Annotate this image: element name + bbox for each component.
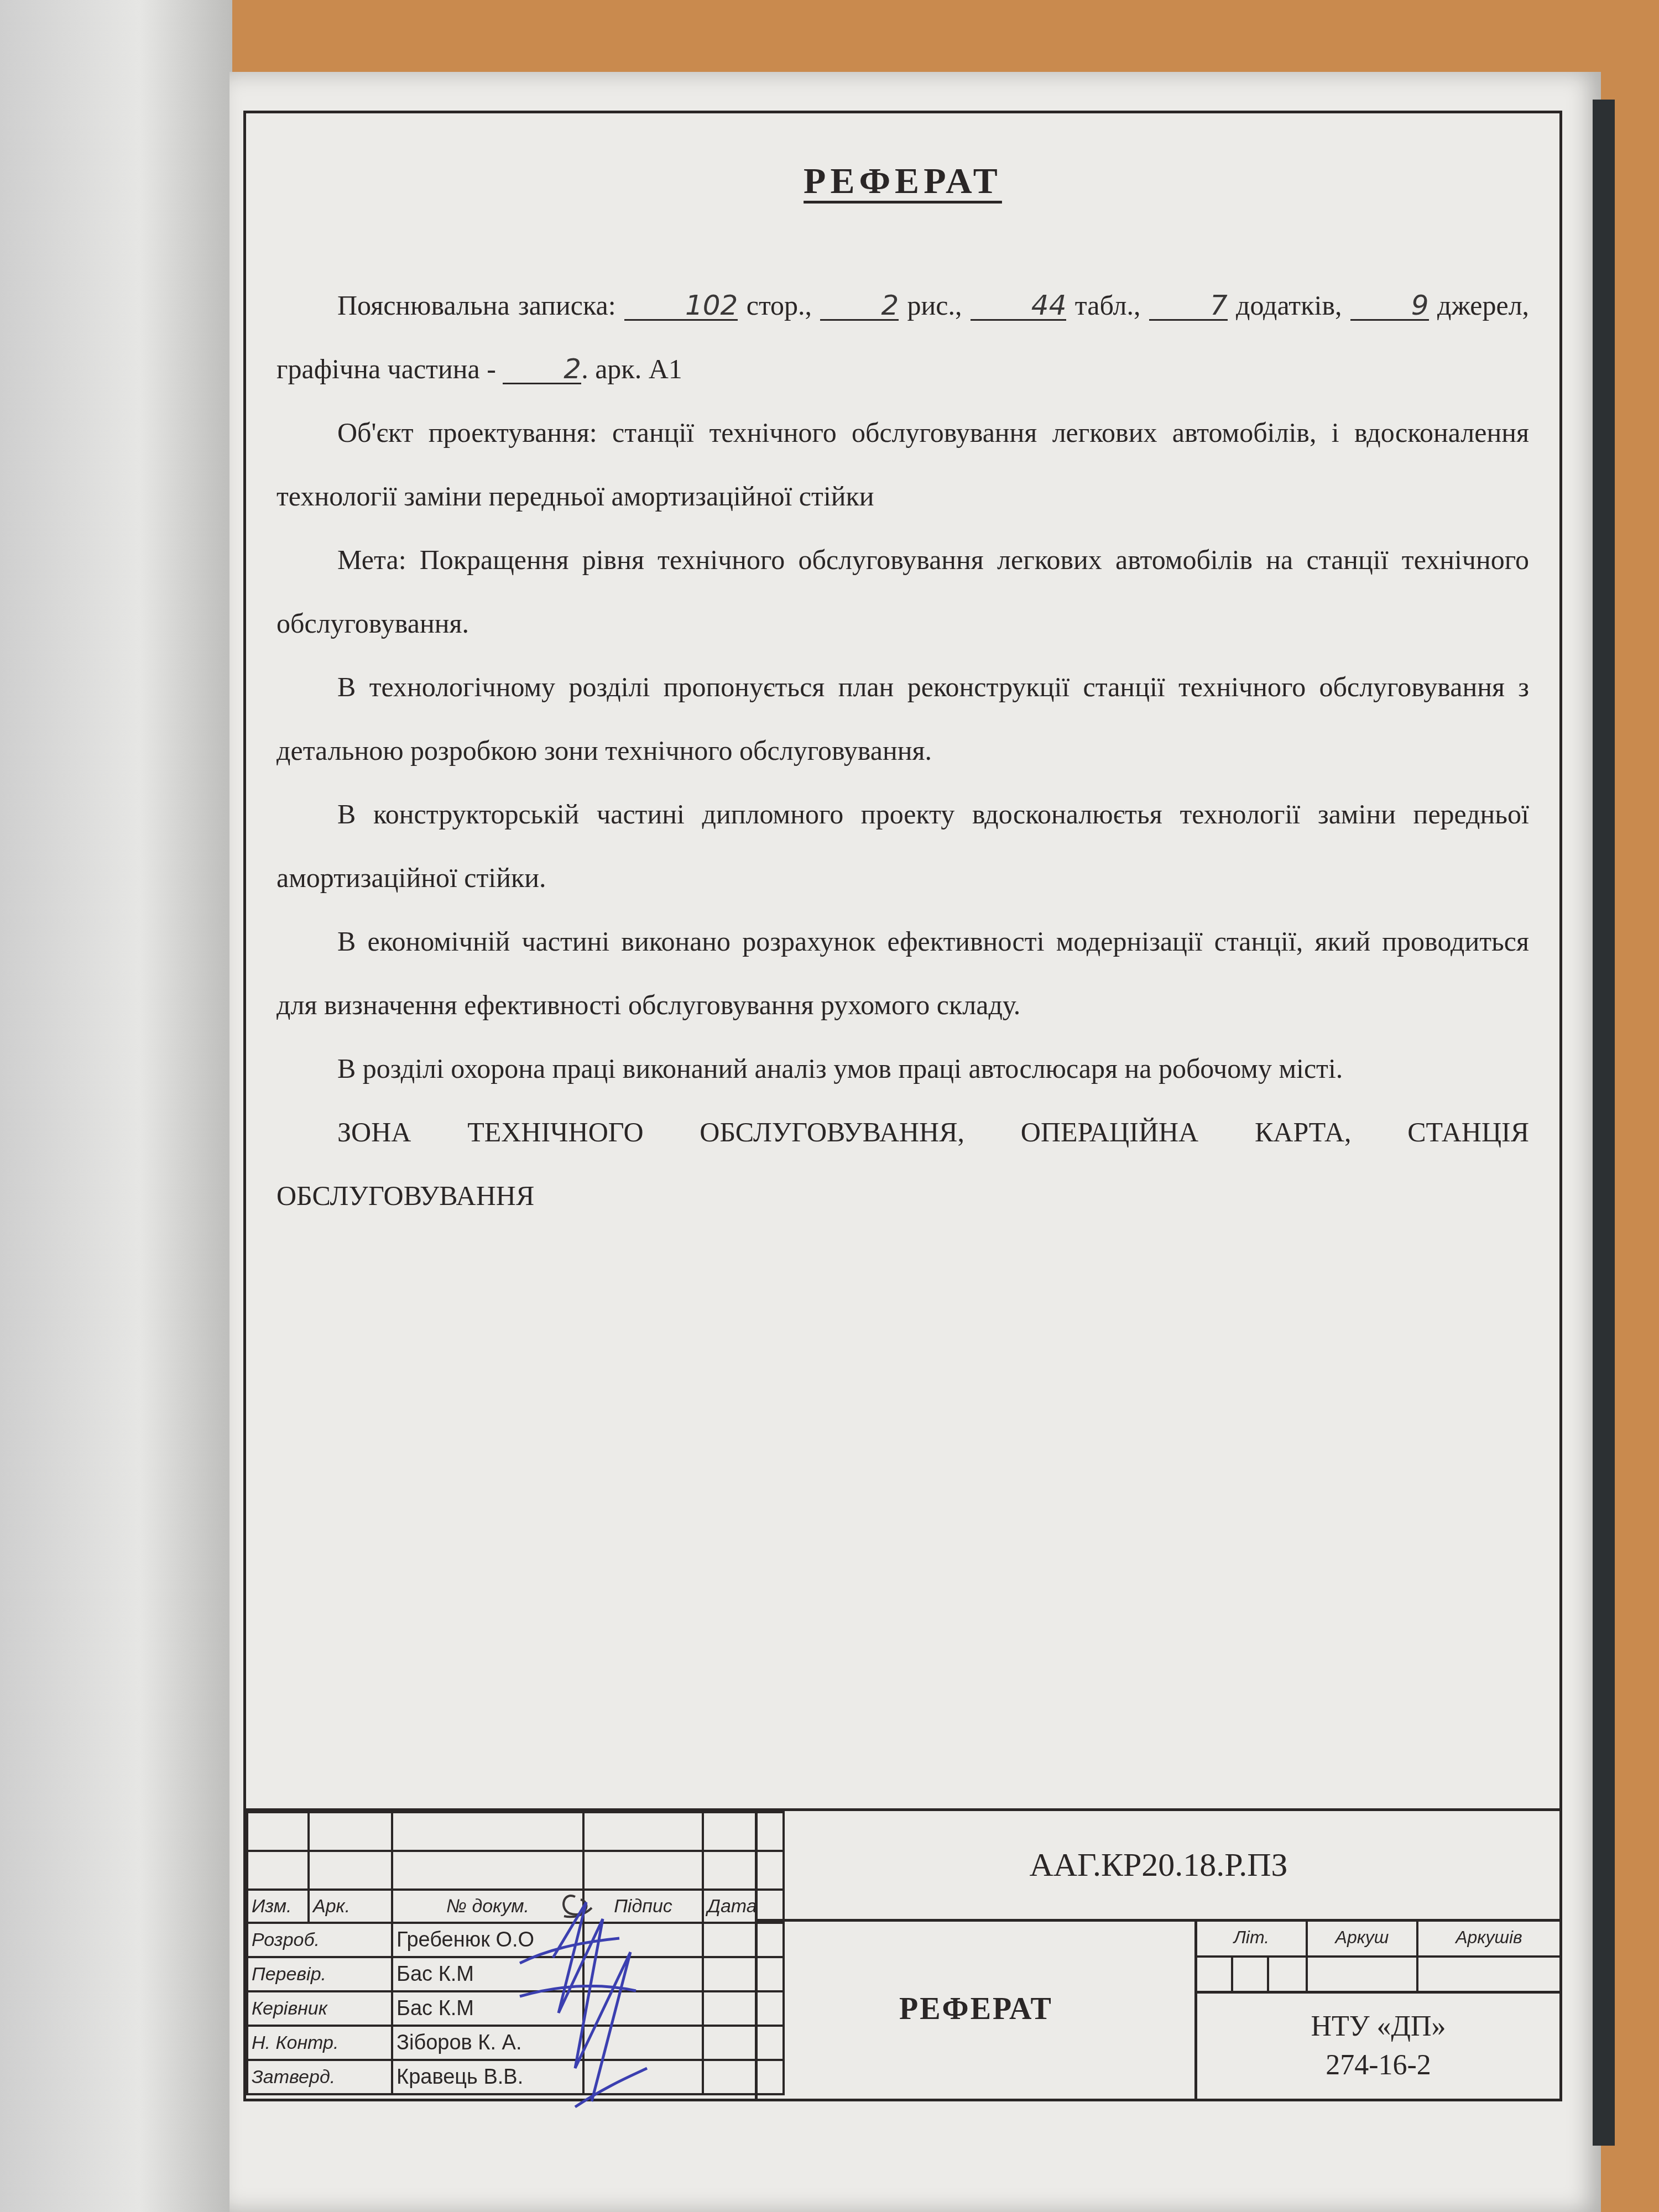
document-name: РЕФЕРАТ	[758, 1919, 1197, 2099]
sheet-value	[1308, 1958, 1418, 1994]
sheets-label: . арк. А1	[581, 353, 682, 384]
sheet-label: Аркуш	[1308, 1919, 1418, 1958]
paragraph-economic: В економічній частині виконано розрахуно…	[276, 910, 1529, 1037]
abstract-body: Пояснювальна записка: 102 стор., 2 рис.,…	[276, 274, 1529, 1228]
lit-cell-3	[1269, 1958, 1308, 1994]
lit-cell-2	[1233, 1958, 1269, 1994]
title-block: Изм. Арк. № докум. Підпис Дата Розроб.Гр…	[246, 1808, 1559, 2099]
organization-name: НТУ «ДП»	[1311, 2007, 1446, 2046]
role-developer: Розроб.	[247, 1923, 392, 1957]
paragraph-safety: В розділі охорона праці виконаний аналіз…	[276, 1037, 1529, 1100]
role-checker: Перевір.	[247, 1957, 392, 1991]
role-approver: Затверд.	[247, 2060, 392, 2094]
role-norm-control: Н. Контр.	[247, 2026, 392, 2060]
paragraph-object: Об'єкт проектування: станції технічного …	[276, 401, 1529, 528]
document-frame: РЕФЕРАТ Пояснювальна записка: 102 стор.,…	[243, 111, 1562, 2101]
document-number: ААГ.КР20.18.Р.ПЗ	[758, 1811, 1559, 1922]
header-ark: Арк.	[309, 1890, 392, 1923]
sheet-info: Літ. Аркуш Аркушів НТУ «ДП» 274-16-2	[1197, 1919, 1559, 2099]
lit-cell-1	[1197, 1958, 1233, 1994]
paragraph-keywords: ЗОНА ТЕХНІЧНОГО ОБСЛУГОВУВАННЯ, ОПЕРАЦІЙ…	[276, 1100, 1529, 1228]
header-izm: Изм.	[247, 1890, 309, 1923]
figures-count: 2	[820, 291, 899, 321]
pages-label: стор.,	[747, 290, 812, 321]
tables-count: 44	[971, 291, 1067, 321]
sheets-total-label: Аркушів	[1418, 1919, 1559, 1958]
facing-page	[0, 0, 232, 2212]
sheets-total-value	[1418, 1958, 1559, 1994]
role-supervisor: Керівник	[247, 1991, 392, 2026]
paragraph-goal: Мета: Покращення рівня технічного обслуг…	[276, 528, 1529, 655]
appendices-label: додатків,	[1236, 290, 1342, 321]
binder-cover-edge	[1593, 100, 1615, 2146]
page-title: РЕФЕРАТ	[246, 160, 1559, 202]
pages-count: 102	[624, 291, 738, 321]
group-code: 274-16-2	[1326, 2046, 1431, 2085]
title-text: РЕФЕРАТ	[804, 161, 1002, 201]
tables-label: табл.,	[1075, 290, 1141, 321]
signature-scribble-icon	[509, 1886, 686, 2118]
organization-block: НТУ «ДП» 274-16-2	[1197, 1994, 1559, 2099]
sheets-count: 2	[503, 355, 581, 384]
figures-label: рис.,	[907, 290, 962, 321]
paragraph-design: В конструкторській частині дипломного пр…	[276, 782, 1529, 910]
sources-count: 9	[1350, 291, 1429, 321]
title-block-right: ААГ.КР20.18.Р.ПЗ РЕФЕРАТ Літ. Аркуш Арку…	[755, 1811, 1559, 2099]
paragraph-technological: В технологічному розділі пропонується пл…	[276, 655, 1529, 782]
summary-paragraph: Пояснювальна записка: 102 стор., 2 рис.,…	[276, 274, 1529, 401]
summary-prefix: Пояснювальна записка:	[337, 290, 616, 321]
lit-label: Літ.	[1197, 1919, 1308, 1958]
appendices-count: 7	[1149, 291, 1228, 321]
